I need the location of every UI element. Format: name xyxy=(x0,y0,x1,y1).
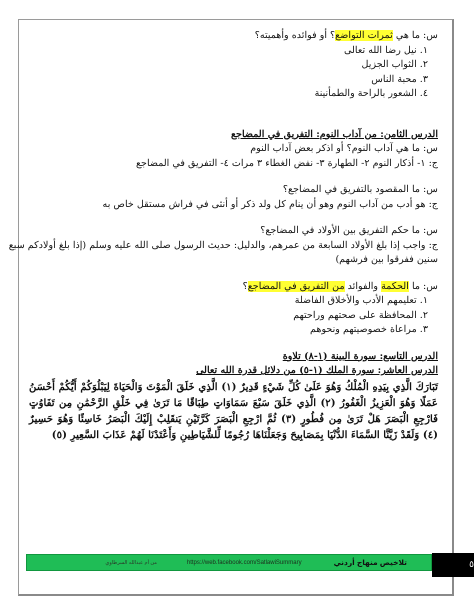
list-item: ٣. مراعاة خصوصيتهم ونحوهم xyxy=(29,323,438,338)
highlighted-term: من التفريق في المضاجع xyxy=(248,281,345,292)
lesson-title: الدرس الثامن: من آداب النوم: التفريق في … xyxy=(231,128,438,143)
footer-bar: تلاخيص منهاج أردني https://web.facebook.… xyxy=(26,554,432,571)
list-item: ٢. الثواب الجزيل xyxy=(29,58,438,73)
verse-number: (٢) xyxy=(320,397,335,409)
question: س: ما المقصود بالتفريق في المضاجع؟ xyxy=(29,183,438,198)
list-item: ٣. محبة الناس xyxy=(29,73,438,88)
question: س: ما حكم التفريق بين الأولاد في المضاجع… xyxy=(29,224,438,239)
verse-text: وَلَقَدْ زَيَّنَّا السَّمَاءَ الدُّنْيَا… xyxy=(70,429,419,441)
footer-title: تلاخيص منهاج أردني xyxy=(334,558,407,567)
list-item: ١. نيل رضا الله تعالى xyxy=(29,44,438,59)
verse-number: (٥) xyxy=(52,429,67,441)
lesson-eight: الدرس الثامن: من آداب النوم: التفريق في … xyxy=(29,128,438,338)
answer: ج: ١- أذكار النوم ٢- الطهارة ٣- نفض الغط… xyxy=(29,157,438,172)
page-number: ٥ xyxy=(469,560,474,570)
list-item: ١. تعليمهم الأدب والأخلاق الفاضلة xyxy=(29,294,438,309)
page-number-badge: ٥ xyxy=(432,553,474,577)
section-tawadu: س: ما هي ثمرات التواضع؟ أو فوائده وأهميت… xyxy=(29,29,438,102)
answer: ج: هو أدب من آداب النوم وهو أن ينام كل و… xyxy=(29,198,438,213)
verse-text: تَبَارَكَ الَّذِي بِيَدِهِ الْمُلْكُ وَه… xyxy=(240,381,438,393)
quran-verses: تَبَارَكَ الَّذِي بِيَدِهِ الْمُلْكُ وَه… xyxy=(29,379,438,443)
footer-credit: من أم عبدالله السرطاوي xyxy=(105,560,156,566)
document-page: س: ما هي ثمرات التواضع؟ أو فوائده وأهميت… xyxy=(18,19,454,596)
list-item: ٤. الشعور بالراحة والطمأنينة xyxy=(29,87,438,102)
facebook-link[interactable]: https://web.facebook.com/SatlawiSummary xyxy=(187,560,302,566)
verse-text: ثُمَّ ارْجِعِ الْبَصَرَ كَرَّتَيْنِ يَنق… xyxy=(29,413,276,425)
lesson-nine-title: الدرس التاسع: سورة البينة (١-٨) تلاوة xyxy=(283,350,438,365)
lesson-ten-title: الدرس العاشر: سورة الملك (١-٥) من دلائل … xyxy=(196,364,438,379)
highlighted-term: ثمرات التواضع xyxy=(335,30,393,41)
highlighted-term: الحكمة xyxy=(381,281,409,292)
answer: ج: واجب إذا بلغ الأولاد السابعة من عمرهم… xyxy=(29,239,438,254)
question: س: ما هي آداب النوم؟ أو اذكر بعض آداب ال… xyxy=(29,142,438,157)
answer-continued: سنين ففرقوا بين فرشهم) xyxy=(29,253,438,268)
verse-number: (٣) xyxy=(281,413,296,425)
question-wisdom: س: ما الحكمة والفوائد من التفريق في المض… xyxy=(29,280,438,295)
list-item: ٢. المحافظة على صحتهم وراحتهم xyxy=(29,309,438,324)
verse-number: (٤) xyxy=(423,429,438,441)
question-tawadu-fruits: س: ما هي ثمرات التواضع؟ أو فوائده وأهميت… xyxy=(29,29,438,44)
verse-number: (١) xyxy=(221,381,236,393)
page-content: س: ما هي ثمرات التواضع؟ أو فوائده وأهميت… xyxy=(29,20,438,443)
